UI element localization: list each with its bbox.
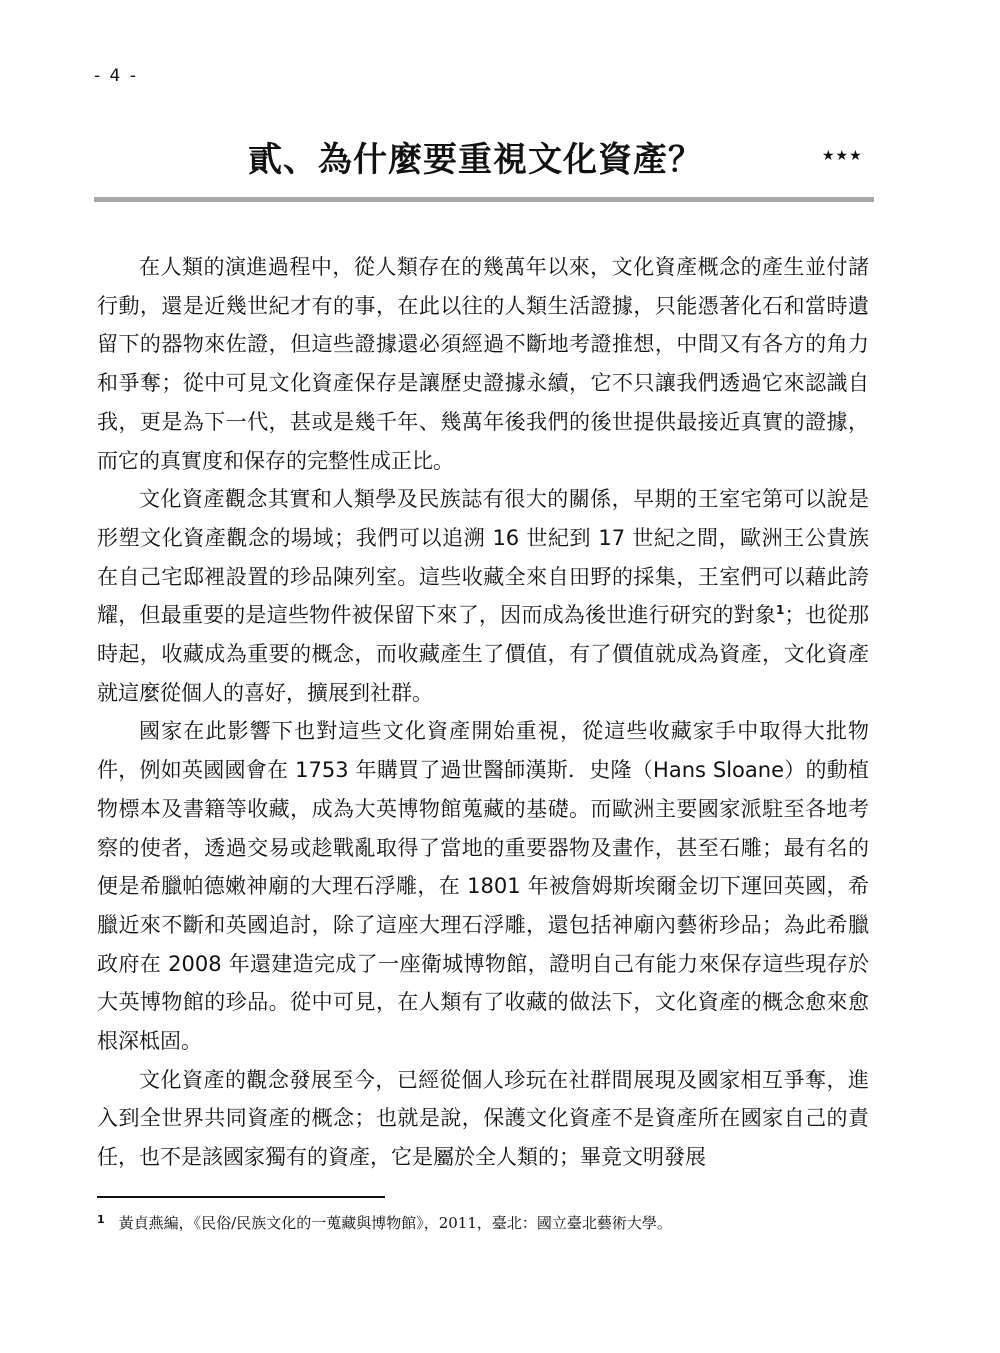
paragraph-4: 文化資產的觀念發展至今，已經從個人珍玩在社群間展現及國家相互爭奪，進入到全世界共…	[97, 1061, 869, 1177]
paragraph-1: 在人類的演進過程中，從人類存在的幾萬年以來，文化資產概念的產生並付諸行動，還是近…	[97, 248, 869, 480]
stars-icon: ★★★	[822, 148, 863, 164]
page-number: - 4 -	[94, 66, 138, 86]
footnote-1: 1黃貞燕編，《民俗/民族文化的一蒐藏與博物館》，2011，臺北：國立臺北藝術大學…	[97, 1212, 672, 1233]
footnote-number: 1	[97, 1213, 105, 1226]
paragraph-2-text-before-note: 文化資產觀念其實和人類學及民族誌有很大的關係，早期的王室宅第可以說是形塑文化資產…	[97, 487, 869, 627]
body-text: 在人類的演進過程中，從人類存在的幾萬年以來，文化資產概念的產生並付諸行動，還是近…	[97, 248, 869, 1177]
paragraph-2: 文化資產觀念其實和人類學及民族誌有很大的關係，早期的王室宅第可以說是形塑文化資產…	[97, 480, 869, 712]
paragraph-3: 國家在此影響下也對這些文化資產開始重視，從這些收藏家手中取得大批物件，例如英國國…	[97, 712, 869, 1060]
title-divider	[94, 197, 874, 202]
chapter-heading: 貳、為什麼要重視文化資產？ ★★★	[94, 132, 874, 192]
chapter-title: 貳、為什麼要重視文化資產？	[248, 132, 703, 181]
footnote-text: 黃貞燕編，《民俗/民族文化的一蒐藏與博物館》，2011，臺北：國立臺北藝術大學。	[119, 1214, 672, 1232]
footnote-divider	[97, 1196, 385, 1198]
